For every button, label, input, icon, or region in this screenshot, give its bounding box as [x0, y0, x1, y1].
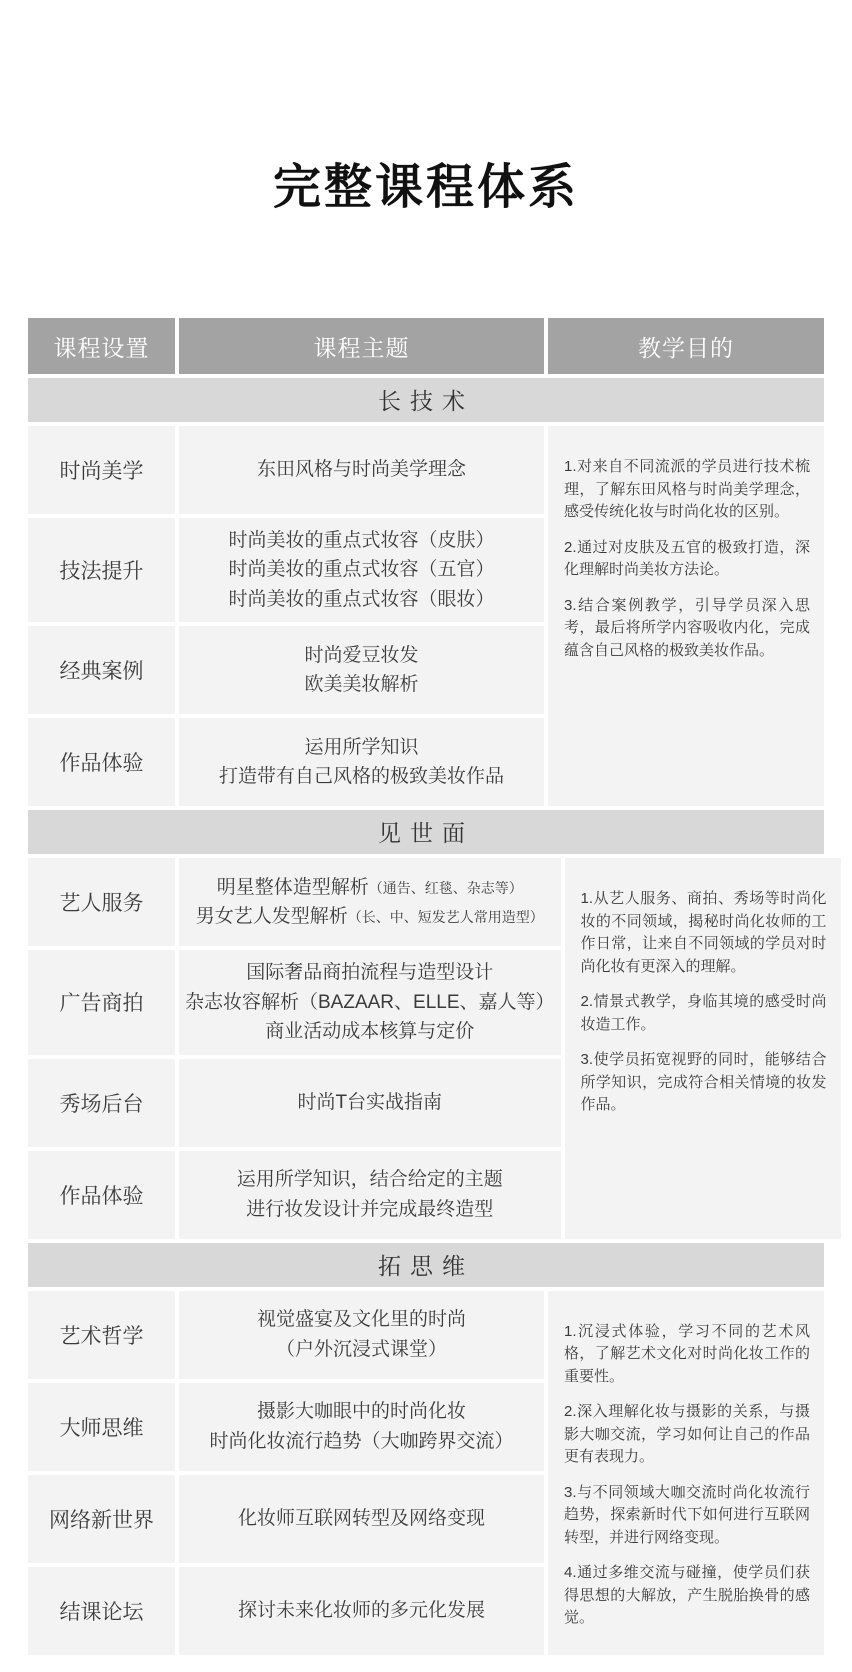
topic-text: 运用所学知识 — [304, 737, 418, 758]
topic-line: 东田风格与时尚美学理念 — [257, 455, 466, 484]
topic-line: 时尚爱豆妆发 — [304, 641, 418, 670]
topic-line: 明星整体造型解析（通告、红毯、杂志等） — [217, 873, 523, 902]
course-cell: 艺人服务 — [28, 858, 175, 946]
topic-text: 时尚美妆的重点式妆容（皮肤） — [228, 530, 494, 551]
topic-text: 时尚爱豆妆发 — [304, 645, 418, 666]
topic-line: 化妆师互联网转型及网络变现 — [238, 1504, 485, 1533]
topic-cell: 运用所学知识，结合给定的主题进行妆发设计并完成最终造型 — [179, 1151, 561, 1239]
table-body: 长技术时尚美学东田风格与时尚美学理念技法提升时尚美妆的重点式妆容（皮肤）时尚美妆… — [28, 378, 824, 1655]
purpose-cell: 1.沉浸式体验，学习不同的艺术风格，了解艺术文化对时尚化妆工作的重要性。2.深入… — [548, 1291, 824, 1655]
topic-line: 运用所学知识 — [304, 733, 418, 762]
purpose-paragraph: 2.情景式教学，身临其境的感受时尚妆造工作。 — [581, 991, 827, 1036]
purpose-cell: 1.对来自不同流派的学员进行技术梳理，了解东田风格与时尚美学理念，感受传统化妆与… — [548, 426, 824, 806]
course-name: 秀场后台 — [60, 1088, 144, 1118]
section-band: 见世面 — [28, 810, 824, 854]
section-band: 拓思维 — [28, 1243, 824, 1287]
purpose-paragraph: 2.通过对皮肤及五官的极致打造，深化理解时尚美妆方法论。 — [564, 537, 810, 582]
header-course-theme: 课程主题 — [179, 318, 544, 374]
topic-cell: 化妆师互联网转型及网络变现 — [179, 1475, 544, 1563]
topic-text: 视觉盛宴及文化里的时尚 — [257, 1309, 466, 1330]
header-course-setup: 课程设置 — [28, 318, 175, 374]
course-cell: 作品体验 — [28, 1151, 175, 1239]
purpose-paragraph: 4.通过多维交流与碰撞，使学员们获得思想的大解放，产生脱胎换骨的感觉。 — [564, 1562, 810, 1630]
topic-cell: 国际奢品商拍流程与造型设计杂志妆容解析（BAZAAR、ELLE、嘉人等）商业活动… — [179, 950, 561, 1054]
purpose-paragraph: 3.结合案例教学，引导学员深入思考，最后将所学内容吸收内化，完成蕴含自己风格的极… — [564, 595, 810, 663]
course-cell: 大师思维 — [28, 1383, 175, 1471]
purpose-paragraph: 1.对来自不同流派的学员进行技术梳理，了解东田风格与时尚美学理念，感受传统化妆与… — [564, 456, 810, 524]
section-band: 长技术 — [28, 378, 824, 422]
topic-line: 时尚化妆流行趋势（大咖跨界交流） — [209, 1427, 513, 1456]
topic-line: 时尚美妆的重点式妆容（五官） — [228, 555, 494, 584]
topic-cell: 运用所学知识打造带有自己风格的极致美妆作品 — [179, 718, 544, 806]
topic-line: 运用所学知识，结合给定的主题 — [237, 1165, 503, 1194]
course-system-table: 课程设置 课程主题 教学目的 长技术时尚美学东田风格与时尚美学理念技法提升时尚美… — [28, 318, 824, 1659]
course-cell: 技法提升 — [28, 518, 175, 622]
topic-text: 东田风格与时尚美学理念 — [257, 459, 466, 480]
topic-text: 明星整体造型解析 — [217, 877, 369, 898]
header-teaching-purpose: 教学目的 — [548, 318, 824, 374]
purpose-paragraph: 3.使学员拓宽视野的同时，能够结合所学知识，完成符合相关情境的妆发作品。 — [581, 1049, 827, 1117]
course-name: 经典案例 — [60, 655, 144, 685]
topic-text: 时尚美妆的重点式妆容（眼妆） — [228, 589, 494, 610]
course-name: 作品体验 — [60, 1180, 144, 1210]
course-cell: 广告商拍 — [28, 950, 175, 1054]
purpose-paragraph: 2.深入理解化妆与摄影的关系，与摄影大咖交流，学习如何让自己的作品更有表现力。 — [564, 1401, 810, 1469]
topic-line: 视觉盛宴及文化里的时尚 — [257, 1305, 466, 1334]
purpose-paragraph: 1.从艺人服务、商拍、秀场等时尚化妆的不同领域，揭秘时尚化妆师的工作日常，让来自… — [581, 888, 827, 978]
topic-text: 摄影大咖眼中的时尚化妆 — [257, 1401, 466, 1422]
topic-text: 时尚化妆流行趋势（大咖跨界交流） — [209, 1431, 513, 1452]
topic-cell: 摄影大咖眼中的时尚化妆时尚化妆流行趋势（大咖跨界交流） — [179, 1383, 544, 1471]
course-cell: 艺术哲学 — [28, 1291, 175, 1379]
course-name: 网络新世界 — [49, 1504, 154, 1534]
topic-note: （通告、红毯、杂志等） — [369, 880, 523, 896]
course-cell: 结课论坛 — [28, 1567, 175, 1655]
purpose-cell: 1.从艺人服务、商拍、秀场等时尚化妆的不同领域，揭秘时尚化妆师的工作日常，让来自… — [565, 858, 841, 1238]
topic-text: 杂志妆容解析（BAZAAR、ELLE、嘉人等） — [185, 992, 555, 1013]
page-title: 完整课程体系 — [0, 0, 852, 217]
topic-text: 时尚T台实战指南 — [297, 1092, 442, 1113]
topic-cell: 时尚T台实战指南 — [179, 1059, 561, 1147]
topic-cell: 东田风格与时尚美学理念 — [179, 426, 544, 514]
topic-line: 时尚T台实战指南 — [297, 1088, 442, 1117]
topic-line: 国际奢品商拍流程与造型设计 — [246, 958, 493, 987]
topic-line: 打造带有自己风格的极致美妆作品 — [219, 762, 504, 791]
course-name: 艺人服务 — [60, 887, 144, 917]
topic-cell: 探讨未来化妆师的多元化发展 — [179, 1567, 544, 1655]
course-name: 结课论坛 — [60, 1596, 144, 1626]
topic-text: （户外沉浸式课堂） — [276, 1339, 447, 1360]
course-cell: 秀场后台 — [28, 1059, 175, 1147]
topic-text: 男女艺人发型解析 — [196, 906, 348, 927]
topic-line: 杂志妆容解析（BAZAAR、ELLE、嘉人等） — [185, 988, 555, 1017]
topic-line: 欧美美妆解析 — [304, 670, 418, 699]
topic-note: （长、中、短发艺人常用造型） — [348, 909, 544, 925]
section-title: 拓思维 — [378, 1253, 474, 1279]
topic-text: 打造带有自己风格的极致美妆作品 — [219, 766, 504, 787]
topic-text: 进行妆发设计并完成最终造型 — [246, 1199, 493, 1220]
course-name: 技法提升 — [60, 555, 144, 585]
page: 完整课程体系 课程设置 课程主题 教学目的 长技术时尚美学东田风格与时尚美学理念… — [0, 0, 852, 1672]
topic-text: 运用所学知识，结合给定的主题 — [237, 1169, 503, 1190]
table-header-row: 课程设置 课程主题 教学目的 — [28, 318, 824, 374]
topic-cell: 明星整体造型解析（通告、红毯、杂志等）男女艺人发型解析（长、中、短发艺人常用造型… — [179, 858, 561, 946]
topic-line: 探讨未来化妆师的多元化发展 — [238, 1596, 485, 1625]
course-name: 广告商拍 — [60, 987, 144, 1017]
course-cell: 经典案例 — [28, 626, 175, 714]
topic-text: 时尚美妆的重点式妆容（五官） — [228, 559, 494, 580]
topic-text: 探讨未来化妆师的多元化发展 — [238, 1600, 485, 1621]
topic-text: 化妆师互联网转型及网络变现 — [238, 1508, 485, 1529]
topic-line: 摄影大咖眼中的时尚化妆 — [257, 1397, 466, 1426]
topic-cell: 时尚美妆的重点式妆容（皮肤）时尚美妆的重点式妆容（五官）时尚美妆的重点式妆容（眼… — [179, 518, 544, 622]
topic-line: 男女艺人发型解析（长、中、短发艺人常用造型） — [196, 902, 544, 931]
course-cell: 作品体验 — [28, 718, 175, 806]
topic-line: 时尚美妆的重点式妆容（皮肤） — [228, 526, 494, 555]
topic-text: 欧美美妆解析 — [304, 674, 418, 695]
course-cell: 网络新世界 — [28, 1475, 175, 1563]
purpose-paragraph: 3.与不同领域大咖交流时尚化妆流行趋势，探索新时代下如何进行互联网转型，并进行网… — [564, 1482, 810, 1550]
topic-cell: 视觉盛宴及文化里的时尚（户外沉浸式课堂） — [179, 1291, 544, 1379]
section-title: 长技术 — [378, 388, 474, 414]
section-grid: 艺术哲学视觉盛宴及文化里的时尚（户外沉浸式课堂）大师思维摄影大咖眼中的时尚化妆时… — [28, 1291, 824, 1655]
topic-text: 国际奢品商拍流程与造型设计 — [246, 962, 493, 983]
course-cell: 时尚美学 — [28, 426, 175, 514]
topic-text: 商业活动成本核算与定价 — [265, 1021, 474, 1042]
course-name: 时尚美学 — [60, 455, 144, 485]
course-name: 作品体验 — [60, 747, 144, 777]
topic-line: 进行妆发设计并完成最终造型 — [246, 1195, 493, 1224]
section-grid: 艺人服务明星整体造型解析（通告、红毯、杂志等）男女艺人发型解析（长、中、短发艺人… — [28, 858, 824, 1238]
topic-line: 时尚美妆的重点式妆容（眼妆） — [228, 585, 494, 614]
section-grid: 时尚美学东田风格与时尚美学理念技法提升时尚美妆的重点式妆容（皮肤）时尚美妆的重点… — [28, 426, 824, 806]
course-name: 大师思维 — [60, 1412, 144, 1442]
topic-line: 商业活动成本核算与定价 — [265, 1017, 474, 1046]
course-name: 艺术哲学 — [60, 1320, 144, 1350]
topic-line: （户外沉浸式课堂） — [276, 1335, 447, 1364]
purpose-paragraph: 1.沉浸式体验，学习不同的艺术风格，了解艺术文化对时尚化妆工作的重要性。 — [564, 1321, 810, 1389]
topic-cell: 时尚爱豆妆发欧美美妆解析 — [179, 626, 544, 714]
section-title: 见世面 — [378, 820, 474, 846]
